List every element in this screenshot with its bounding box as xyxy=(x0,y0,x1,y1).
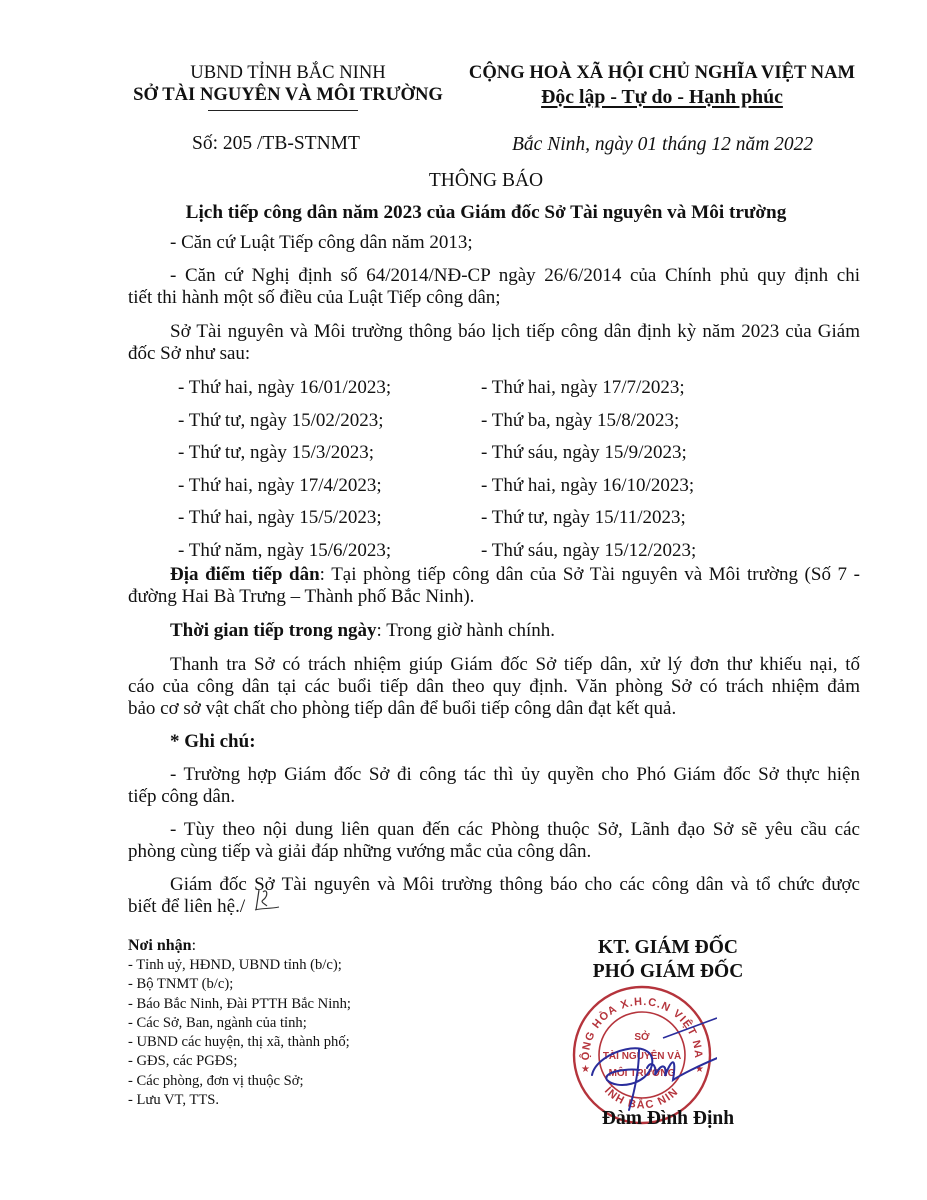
recipient-item: - Lưu VT, TTS. xyxy=(128,1091,351,1110)
svg-text:TÀI NGUYÊN VÀ: TÀI NGUYÊN VÀ xyxy=(603,1049,681,1062)
schedule-date-item: - Thứ sáu, ngày 15/9/2023; xyxy=(481,442,687,464)
intro-line1: Sở Tài nguyên và Môi trường thông báo lị… xyxy=(170,321,860,343)
note-1-line2: tiếp công dân. xyxy=(128,786,235,808)
note-2-line1: - Tùy theo nội dung liên quan đến các Ph… xyxy=(170,819,860,841)
basis-2-line1: - Căn cứ Nghị định số 64/2014/NĐ-CP ngày… xyxy=(170,265,860,287)
recipient-item: - Bộ TNMT (b/c); xyxy=(128,975,351,994)
basis-2-line2: tiết thi hành một số điều của Luật Tiếp … xyxy=(128,287,501,309)
schedule-date-item: - Thứ hai, ngày 17/7/2023; xyxy=(481,377,685,399)
recipients-heading: Nơi nhận: xyxy=(128,936,351,956)
recipient-item: - UBND các huyện, thị xã, thành phố; xyxy=(128,1033,351,1052)
signature-on-behalf: KT. GIÁM ĐỐC xyxy=(548,937,788,959)
schedule-date-item: - Thứ hai, ngày 16/01/2023; xyxy=(178,377,391,399)
recipients-block: Nơi nhận: - Tỉnh uỷ, HĐND, UBND tỉnh (b/… xyxy=(128,936,351,1110)
recipient-item: - Tỉnh uỷ, HĐND, UBND tỉnh (b/c); xyxy=(128,956,351,975)
agency-underline xyxy=(208,110,358,111)
location-text: : Tại phòng tiếp công dân của Sở Tài ngu… xyxy=(320,564,860,585)
agency-parent: UBND TỈNH BẮC NINH xyxy=(128,62,448,84)
recipient-item: - Các Sở, Ban, ngành của tỉnh; xyxy=(128,1014,351,1033)
duty-line3: bảo cơ sở vật chất cho phòng tiếp dân để… xyxy=(128,698,676,720)
intro-line2: đốc Sở như sau: xyxy=(128,343,250,365)
country-name: CỘNG HOÀ XÃ HỘI CHỦ NGHĨA VIỆT NAM xyxy=(462,62,862,84)
schedule-date-item: - Thứ hai, ngày 16/10/2023; xyxy=(481,475,694,497)
location-line1: Địa điểm tiếp dân: Tại phòng tiếp công d… xyxy=(170,564,860,586)
time-label: Thời gian tiếp trong ngày xyxy=(170,620,377,641)
schedule-date-item: - Thứ sáu, ngày 15/12/2023; xyxy=(481,540,696,562)
document-subject: Lịch tiếp công dân năm 2023 của Giám đốc… xyxy=(128,202,844,224)
schedule-date-item: - Thứ tư, ngày 15/11/2023; xyxy=(481,507,686,529)
location-line2: đường Hai Bà Trưng – Thành phố Bắc Ninh)… xyxy=(128,586,474,608)
note-heading: * Ghi chú: xyxy=(170,731,256,753)
agency-name: SỞ TÀI NGUYÊN VÀ MÔI TRƯỜNG xyxy=(128,84,448,106)
place-date: Bắc Ninh, ngày 01 tháng 12 năm 2022 xyxy=(512,134,813,156)
recipients-list: - Tỉnh uỷ, HĐND, UBND tỉnh (b/c);- Bộ TN… xyxy=(128,956,351,1110)
note-1-line1: - Trường hợp Giám đốc Sở đi công tác thì… xyxy=(170,764,860,786)
schedule-date-item: - Thứ năm, ngày 15/6/2023; xyxy=(178,540,391,562)
recipients-label: Nơi nhận xyxy=(128,937,192,954)
document-type: THÔNG BÁO xyxy=(128,170,844,192)
time-text: : Trong giờ hành chính. xyxy=(377,620,555,641)
note-2-line2: phòng cùng tiếp và giải đáp những vướng … xyxy=(128,841,591,863)
duty-line2: cáo của công dân tại các buổi tiếp dân t… xyxy=(128,676,860,698)
schedule-date-item: - Thứ ba, ngày 15/8/2023; xyxy=(481,410,679,432)
svg-text:SỞ: SỞ xyxy=(634,1030,650,1043)
closing-line2: biết để liên hệ./ xyxy=(128,896,245,918)
basis-1: - Căn cứ Luật Tiếp công dân năm 2013; xyxy=(170,232,473,254)
location-label: Địa điểm tiếp dân xyxy=(170,564,320,585)
svg-text:★: ★ xyxy=(581,1064,590,1075)
recipient-item: - GĐS, các PGĐS; xyxy=(128,1052,351,1071)
schedule-date-item: - Thứ tư, ngày 15/3/2023; xyxy=(178,442,374,464)
schedule-date-item: - Thứ hai, ngày 17/4/2023; xyxy=(178,475,382,497)
schedule-date-item: - Thứ hai, ngày 15/5/2023; xyxy=(178,507,382,529)
motto-text: Độc lập - Tự do - Hạnh phúc xyxy=(541,86,783,108)
handwritten-initial-icon xyxy=(251,886,281,914)
time-line: Thời gian tiếp trong ngày: Trong giờ hàn… xyxy=(170,620,555,642)
document-number: Số: 205 /TB-STNMT xyxy=(192,133,360,155)
recipient-item: - Các phòng, đơn vị thuộc Sở; xyxy=(128,1072,351,1091)
signer-name: Đàm Đình Định xyxy=(548,1108,788,1130)
schedule-date-item: - Thứ tư, ngày 15/02/2023; xyxy=(178,410,383,432)
recipient-item: - Báo Bắc Ninh, Đài PTTH Bắc Ninh; xyxy=(128,995,351,1014)
duty-line1: Thanh tra Sở có trách nhiệm giúp Giám đố… xyxy=(170,654,860,676)
national-motto: Độc lập - Tự do - Hạnh phúc xyxy=(462,85,862,109)
